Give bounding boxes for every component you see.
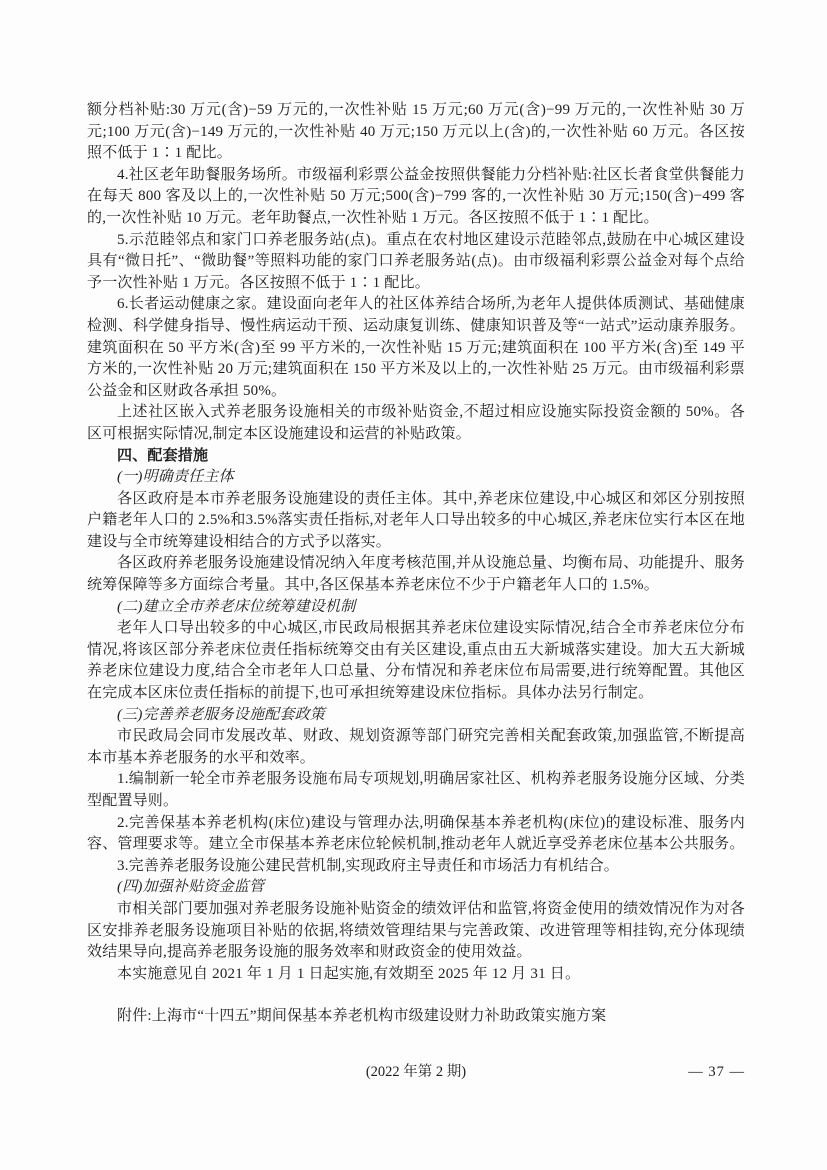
paragraph: 市相关部门要加强对养老服务设施补贴资金的绩效评估和监管,将资金使用的绩效情况作为… [87,899,745,964]
paragraph: 老年人口导出较多的中心城区,市民政局根据其养老床位建设实际情况,结合全市养老床位… [87,618,745,704]
paragraph-item-5: 5.示范睦邻点和家门口养老服务站(点)。重点在农村地区建设示范睦邻点,鼓励在中心… [87,230,745,295]
paragraph: 市民政局会同市发展改革、财政、规划资源等部门研究完善相关配套政策,加强监管,不断… [87,726,745,769]
paragraph-summary: 上述社区嵌入式养老服务设施相关的市级补贴资金,不超过相应设施实际投资金额的 50… [87,402,745,445]
subsection-heading-4: (四)加强补贴资金监管 [87,877,745,899]
paragraph-item-2: 2.完善保基本养老机构(床位)建设与管理办法,明确保基本养老机构(床位)的建设标… [87,813,745,856]
attachment-line: 附件:上海市“十四五”期间保基本养老机构市级建设财力补助政策实施方案 [87,1006,745,1028]
paragraph-item-4: 4.社区老年助餐服务场所。市级福利彩票公益金按照供餐能力分档补贴:社区长者食堂供… [87,165,745,230]
paragraph-effective-date: 本实施意见自 2021 年 1 月 1 日起实施,有效期至 2025 年 12 … [87,964,745,986]
paragraph-continued: 额分档补贴:30 万元(含)−59 万元的,一次性补贴 15 万元;60 万元(… [87,100,745,165]
page-footer: (2022 年第 2 期) — 37 — [87,1062,745,1082]
document-page: 额分档补贴:30 万元(含)−59 万元的,一次性补贴 15 万元;60 万元(… [0,0,827,1170]
document-body: 额分档补贴:30 万元(含)−59 万元的,一次性补贴 15 万元;60 万元(… [87,100,745,1028]
footer-issue-label: (2022 年第 2 期) [87,1062,745,1082]
subsection-heading-3: (三)完善养老服务设施配套政策 [87,705,745,727]
subsection-heading-2: (二)建立全市养老床位统筹建设机制 [87,597,745,619]
paragraph-item-1: 1.编制新一轮全市养老服务设施布局专项规划,明确居家社区、机构养老服务设施分区域… [87,769,745,812]
section-heading-4: 四、配套措施 [87,446,745,468]
paragraph: 各区政府是本市养老服务设施建设的责任主体。其中,养老床位建设,中心城区和郊区分别… [87,489,745,554]
paragraph-item-3: 3.完善养老服务设施公建民营机制,实现政府主导责任和市场活力有机结合。 [87,856,745,878]
subsection-heading-1: (一)明确责任主体 [87,467,745,489]
paragraph-item-6: 6.长者运动健康之家。建设面向老年人的社区体养结合场所,为老年人提供体质测试、基… [87,294,745,402]
footer-page-number: — 37 — [688,1062,745,1082]
paragraph: 各区政府养老服务设施建设情况纳入年度考核范围,并从设施总量、均衡布局、功能提升、… [87,553,745,596]
